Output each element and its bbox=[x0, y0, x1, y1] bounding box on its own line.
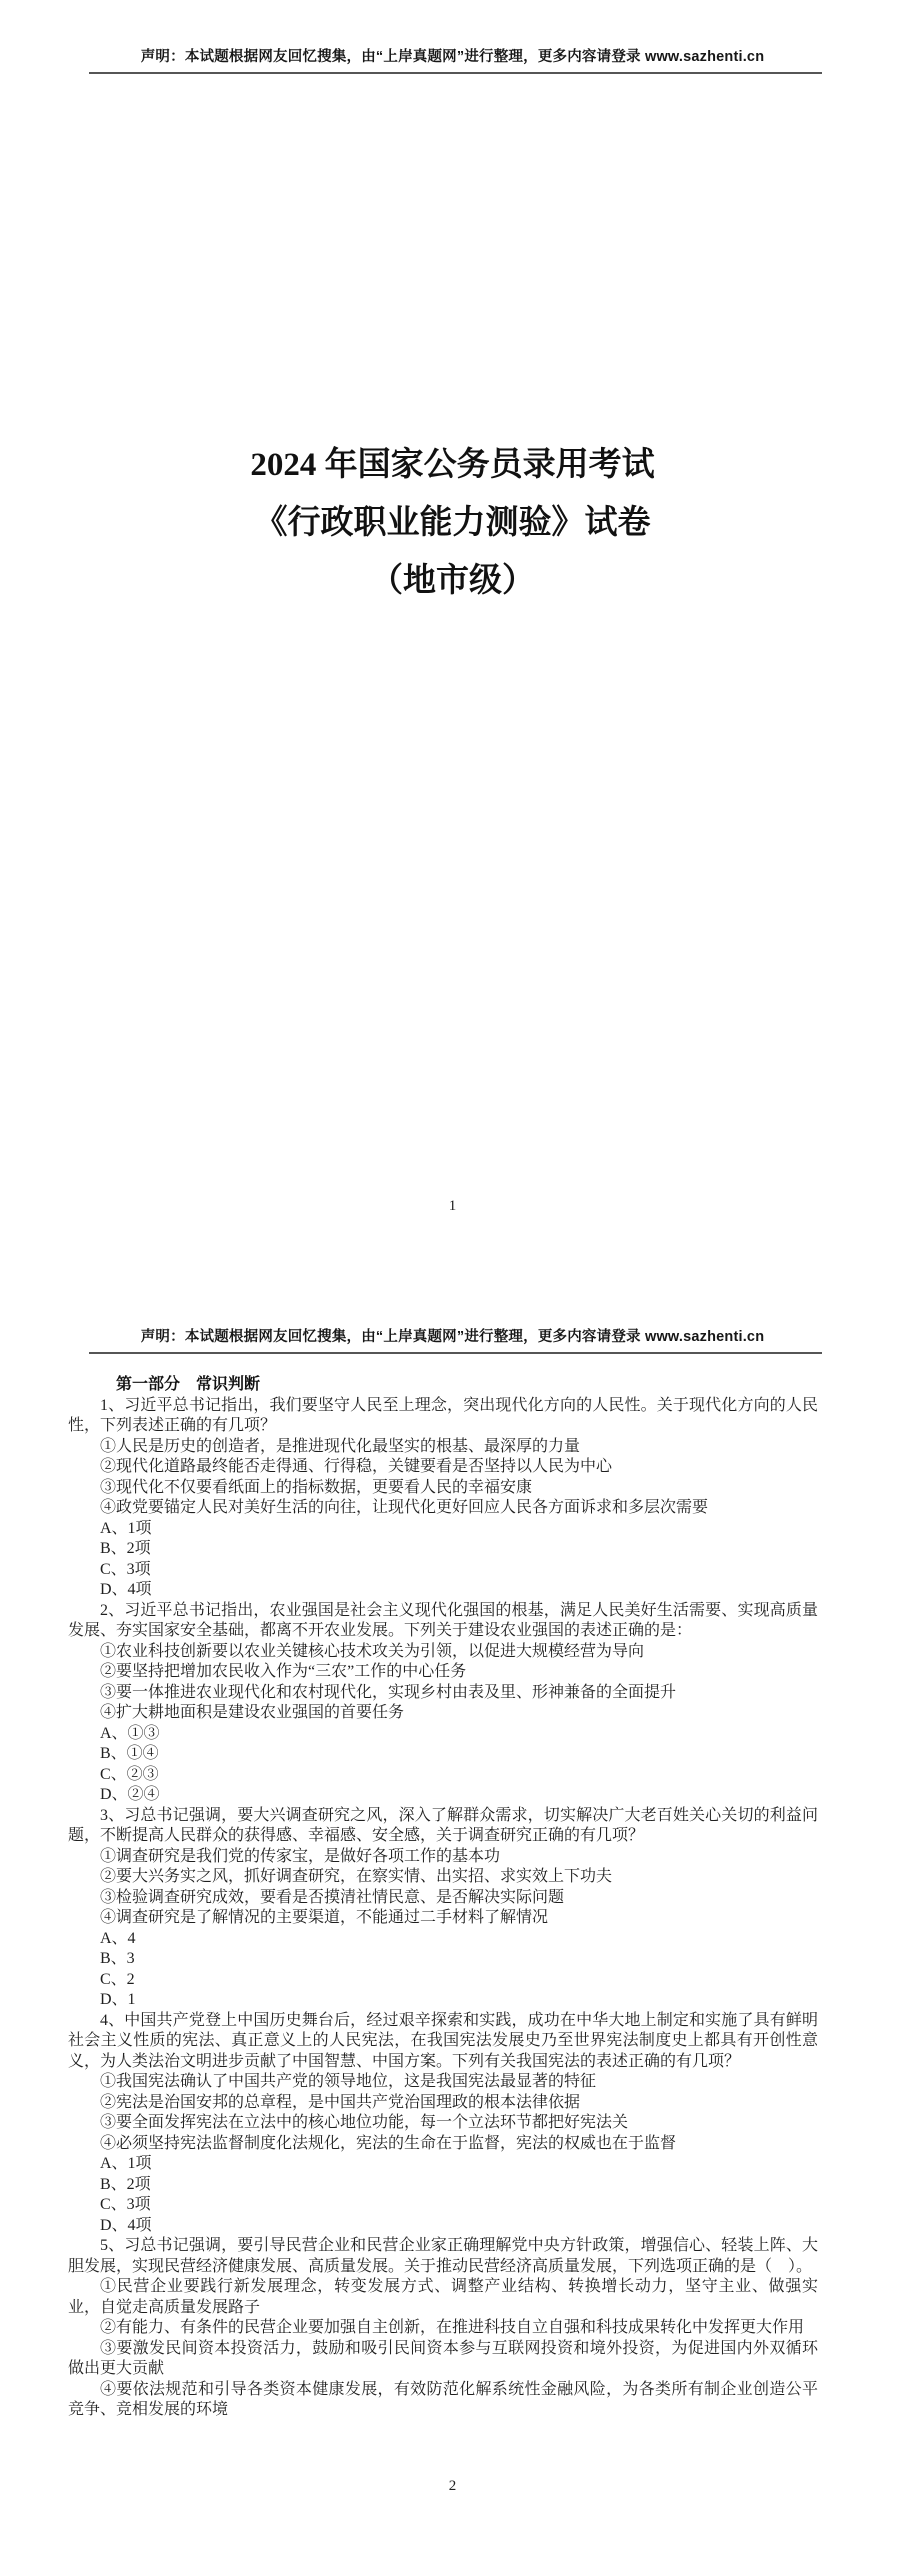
question-4-option-b: B、2项 bbox=[68, 2175, 818, 2196]
question-1-option-b: B、2项 bbox=[68, 1539, 818, 1560]
exam-content: 第一部分 常识判断 1、习近平总书记指出，我们要坚守人民至上理念，突出现代化方向… bbox=[68, 1375, 818, 2421]
question-3-option-d: D、1 bbox=[68, 1990, 818, 2011]
question-3-item-1: ①调查研究是我们党的传家宝，是做好各项工作的基本功 bbox=[68, 1847, 818, 1868]
disclaimer-text: 声明：本试题根据网友回忆搜集，由“上岸真题网”进行整理，更多内容请登录 www.… bbox=[0, 1280, 905, 1346]
header-rule bbox=[89, 1352, 822, 1354]
question-4-option-d: D、4项 bbox=[68, 2216, 818, 2237]
question-3-option-b: B、3 bbox=[68, 1949, 818, 1970]
question-5-item-4: ④要依法规范和引导各类资本健康发展，有效防范化解系统性金融风险，为各类所有制企业… bbox=[68, 2380, 818, 2421]
question-5-item-2: ②有能力、有条件的民营企业要加强自主创新，在推进科技自立自强和科技成果转化中发挥… bbox=[68, 2318, 818, 2339]
question-4-item-4: ④必须坚持宪法监督制度化法规化，宪法的生命在于监督，宪法的权威也在于监督 bbox=[68, 2134, 818, 2155]
question-4-item-3: ③要全面发挥宪法在立法中的核心地位功能，每一个立法环节都把好宪法关 bbox=[68, 2113, 818, 2134]
question-3-stem: 3、习总书记强调，要大兴调查研究之风，深入了解群众需求，切实解决广大老百姓关心关… bbox=[68, 1806, 818, 1847]
question-3-option-c: C、2 bbox=[68, 1970, 818, 1991]
question-1-item-4: ④政党要锚定人民对美好生活的向往，让现代化更好回应人民各方面诉求和多层次需要 bbox=[68, 1498, 818, 1519]
question-3-option-a: A、4 bbox=[68, 1929, 818, 1950]
question-1-item-2: ②现代化道路最终能否走得通、行得稳，关键要看是否坚持以人民为中心 bbox=[68, 1457, 818, 1478]
question-2-item-2: ②要坚持把增加农民收入作为“三农”工作的中心任务 bbox=[68, 1662, 818, 1683]
page-1-header: 声明：本试题根据网友回忆搜集，由“上岸真题网”进行整理，更多内容请登录 www.… bbox=[0, 0, 905, 74]
question-4-stem: 4、中国共产党登上中国历史舞台后，经过艰辛探索和实践，成功在中华大地上制定和实施… bbox=[68, 2011, 818, 2073]
document-root: 声明：本试题根据网友回忆搜集，由“上岸真题网”进行整理，更多内容请登录 www.… bbox=[0, 0, 905, 2560]
header-rule bbox=[89, 72, 822, 74]
page-1: 声明：本试题根据网友回忆搜集，由“上岸真题网”进行整理，更多内容请登录 www.… bbox=[0, 0, 905, 1280]
question-2-item-3: ③要一体推进农业现代化和农村现代化，实现乡村由表及里、形神兼备的全面提升 bbox=[68, 1683, 818, 1704]
question-2-stem: 2、习近平总书记指出，农业强国是社会主义现代化强国的根基，满足人民美好生活需要、… bbox=[68, 1601, 818, 1642]
question-1-stem: 1、习近平总书记指出，我们要坚守人民至上理念，突出现代化方向的人民性。关于现代化… bbox=[68, 1396, 818, 1437]
exam-title-line-2: 《行政职业能力测验》试卷 bbox=[0, 494, 905, 552]
question-2-item-4: ④扩大耕地面积是建设农业强国的首要任务 bbox=[68, 1703, 818, 1724]
question-2-option-a: A、①③ bbox=[68, 1724, 818, 1745]
question-5-item-3: ③要激发民间资本投资活力，鼓励和吸引民间资本参与互联网投资和境外投资，为促进国内… bbox=[68, 2339, 818, 2380]
question-2-option-b: B、①④ bbox=[68, 1744, 818, 1765]
question-1-item-3: ③现代化不仅要看纸面上的指标数据，更要看人民的幸福安康 bbox=[68, 1478, 818, 1499]
exam-title-line-3: （地市级） bbox=[0, 552, 905, 610]
page-2-header: 声明：本试题根据网友回忆搜集，由“上岸真题网”进行整理，更多内容请登录 www.… bbox=[0, 1280, 905, 1354]
question-1-option-d: D、4项 bbox=[68, 1580, 818, 1601]
disclaimer-text: 声明：本试题根据网友回忆搜集，由“上岸真题网”进行整理，更多内容请登录 www.… bbox=[0, 0, 905, 66]
question-1-option-a: A、1项 bbox=[68, 1519, 818, 1540]
question-3-item-4: ④调查研究是了解情况的主要渠道，不能通过二手材料了解情况 bbox=[68, 1908, 818, 1929]
question-3-item-2: ②要大兴务实之风，抓好调查研究，在察实情、出实招、求实效上下功夫 bbox=[68, 1867, 818, 1888]
exam-title-block: 2024 年国家公务员录用考试 《行政职业能力测验》试卷 （地市级） bbox=[0, 436, 905, 610]
question-2-option-d: D、②④ bbox=[68, 1785, 818, 1806]
question-4-option-c: C、3项 bbox=[68, 2195, 818, 2216]
section-heading: 第一部分 常识判断 bbox=[68, 1375, 818, 1396]
question-5-item-1: ①民营企业要践行新发展理念，转变发展方式、调整产业结构、转换增长动力，坚守主业、… bbox=[68, 2277, 818, 2318]
question-4-item-2: ②宪法是治国安邦的总章程，是中国共产党治国理政的根本法律依据 bbox=[68, 2093, 818, 2114]
question-5-stem: 5、习总书记强调，要引导民营企业和民营企业家正确理解党中央方针政策，增强信心、轻… bbox=[68, 2236, 818, 2277]
question-4-item-1: ①我国宪法确认了中国共产党的领导地位，这是我国宪法最显著的特征 bbox=[68, 2072, 818, 2093]
question-2-option-c: C、②③ bbox=[68, 1765, 818, 1786]
question-1-option-c: C、3项 bbox=[68, 1560, 818, 1581]
page-number: 1 bbox=[0, 1198, 905, 1215]
exam-title-line-1: 2024 年国家公务员录用考试 bbox=[0, 436, 905, 494]
page-number: 2 bbox=[0, 2478, 905, 2495]
question-4-option-a: A、1项 bbox=[68, 2154, 818, 2175]
question-2-item-1: ①农业科技创新要以农业关键核心技术攻关为引领，以促进大规模经营为导向 bbox=[68, 1642, 818, 1663]
question-1-item-1: ①人民是历史的创造者，是推进现代化最坚实的根基、最深厚的力量 bbox=[68, 1437, 818, 1458]
page-2: 声明：本试题根据网友回忆搜集，由“上岸真题网”进行整理，更多内容请登录 www.… bbox=[0, 1280, 905, 2560]
question-3-item-3: ③检验调查研究成效，要看是否摸清社情民意、是否解决实际问题 bbox=[68, 1888, 818, 1909]
